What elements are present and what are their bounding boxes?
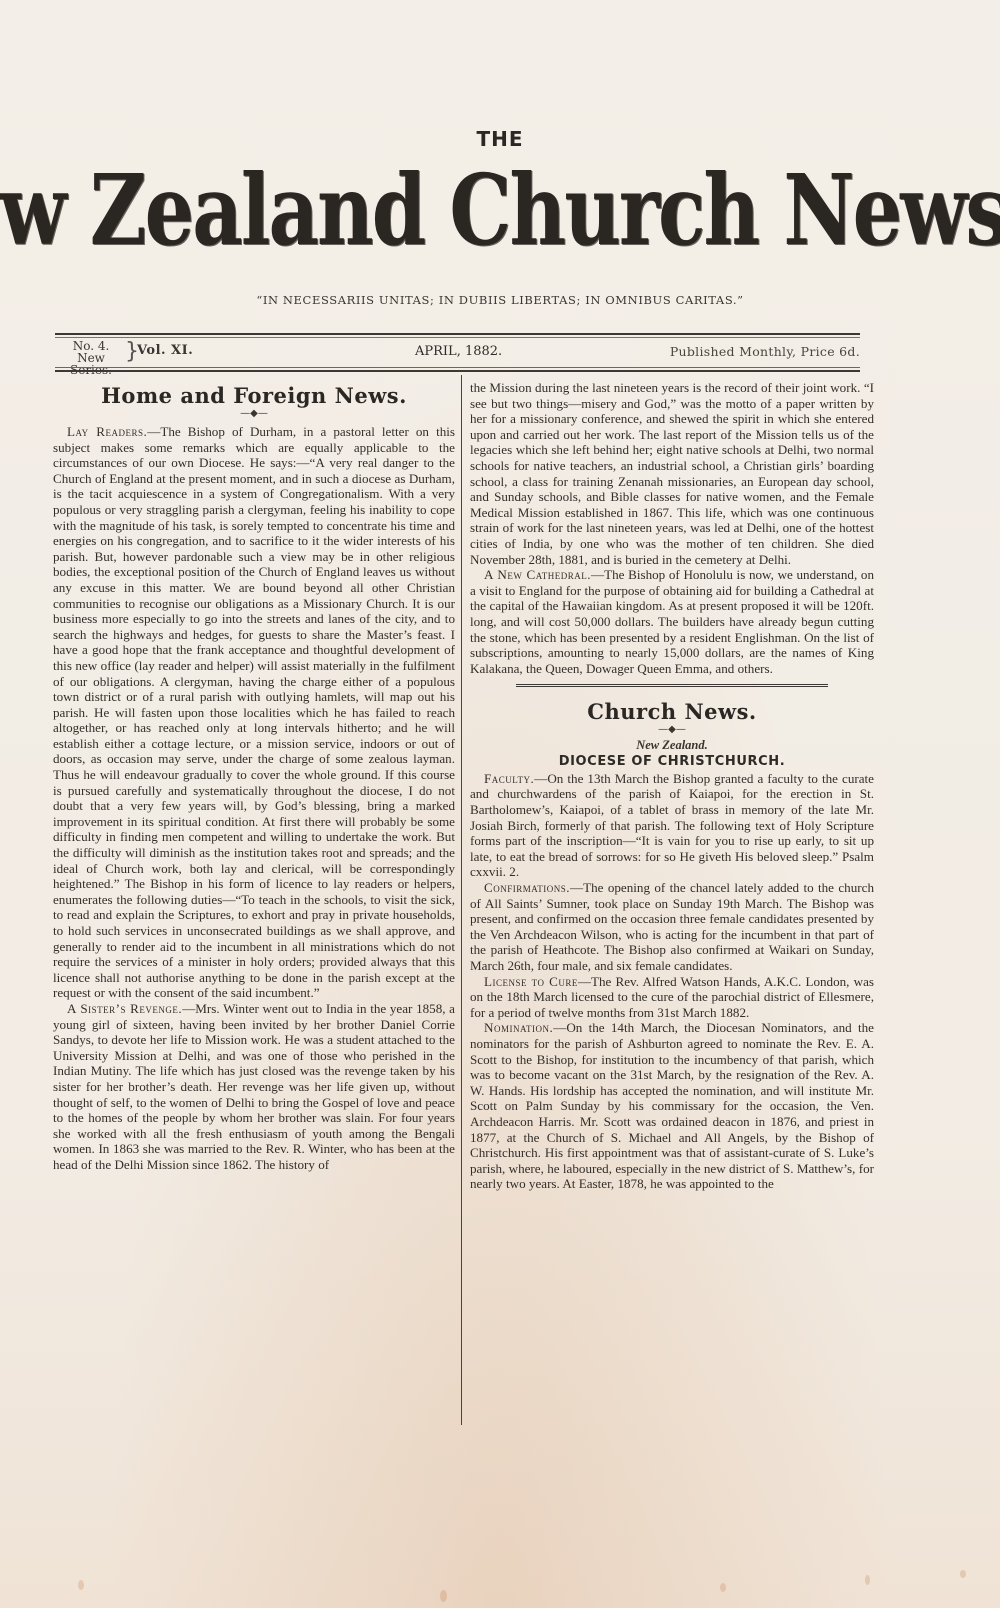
- article-body: —The Bishop of Honolulu is now, we under…: [470, 567, 874, 676]
- article-body: —On the 14th March, the Diocesan Nominat…: [470, 1020, 874, 1191]
- paper-stain: [78, 1580, 84, 1590]
- article-heading: Faculty.: [484, 771, 534, 786]
- header-rule: [55, 367, 860, 368]
- article-nomination: Nomination.—On the 14th March, the Dioce…: [470, 1020, 874, 1192]
- paper-stain: [960, 1570, 966, 1578]
- section-title-home-foreign: Home and Foreign News.: [53, 384, 455, 408]
- article-lay-readers: Lay Readers.—The Bishop of Durham, in a …: [53, 424, 455, 1001]
- article-new-cathedral: A New Cathedral.—The Bishop of Honolulu …: [470, 567, 874, 676]
- section-rule: [516, 684, 828, 690]
- diocese-title: DIOCESE OF CHRISTCHURCH.: [470, 754, 874, 770]
- article-body: —Mrs. Winter went out to India in the ye…: [53, 1001, 455, 1172]
- article-sisters-revenge: A Sister’s Revenge.—Mrs. Winter went out…: [53, 1001, 455, 1173]
- header-rule: [55, 337, 860, 338]
- column-divider: [461, 375, 462, 1425]
- paper-stain: [440, 1590, 447, 1602]
- newspaper-page: THE New Zealand Church News. “IN NECESSA…: [0, 0, 1000, 1608]
- issue-volume: Vol. XI.: [137, 343, 193, 358]
- article-confirmations: Confirmations.—The opening of the chance…: [470, 880, 874, 974]
- ornament-icon: —◆—: [53, 409, 455, 419]
- right-column: the Mission during the last nineteen yea…: [470, 380, 874, 1192]
- paper-stain: [865, 1575, 870, 1585]
- issue-series: New Series.: [55, 352, 127, 376]
- article-license: License to Cure—The Rev. Alfred Watson H…: [470, 974, 874, 1021]
- region-title: New Zealand.: [470, 737, 874, 753]
- article-heading: Nomination.: [484, 1020, 553, 1035]
- article-faculty: Faculty.—On the 13th March the Bishop gr…: [470, 771, 874, 880]
- masthead-motto: “IN NECESSARIIS UNITAS; IN DUBIIS LIBERT…: [0, 293, 1000, 307]
- ornament-icon: —◆—: [470, 725, 874, 735]
- article-body: —The Bishop of Durham, in a pastoral let…: [53, 424, 455, 1000]
- issue-price: Published Monthly, Price 6d.: [670, 344, 860, 359]
- paper-stain: [720, 1583, 726, 1592]
- article-body: —On the 13th March the Bishop granted a …: [470, 771, 874, 880]
- article-heading: Confirmations.: [484, 880, 570, 895]
- left-column: Home and Foreign News. —◆— Lay Readers.—…: [53, 380, 455, 1173]
- masthead-title: New Zealand Church News.: [55, 135, 860, 285]
- section-title-church-news: Church News.: [470, 700, 874, 724]
- article-sisters-revenge-continued: the Mission during the last nineteen yea…: [470, 380, 874, 567]
- article-heading: A Sister’s Revenge.: [67, 1001, 182, 1016]
- article-heading: Lay Readers.: [67, 424, 147, 439]
- header-rule: [55, 370, 860, 372]
- article-heading: A New Cathedral.: [484, 567, 591, 582]
- article-heading: License to Cure: [484, 974, 578, 989]
- issue-date: APRIL, 1882.: [415, 344, 502, 359]
- issue-info-bar: No. 4. New Series. } Vol. XI. APRIL, 188…: [55, 340, 860, 366]
- header-rule: [55, 333, 860, 335]
